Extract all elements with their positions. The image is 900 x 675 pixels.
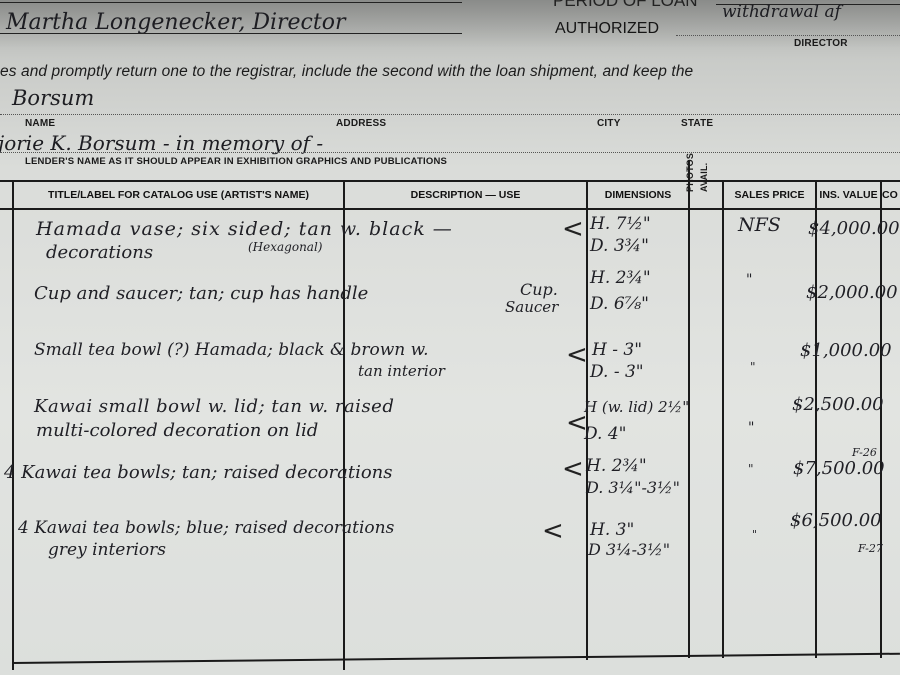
row6-ins-value: $6,500.00	[790, 510, 882, 531]
brace-icon: <	[566, 340, 588, 370]
col-header-ins-value: INS. VALUE	[817, 185, 880, 205]
row4-title: Kawai small bowl w. lid; tan w. raised	[34, 396, 394, 417]
col-header-description: DESCRIPTION — USE	[345, 185, 586, 205]
row2-ins-value: $2,000.00	[806, 282, 898, 303]
col-border-title	[343, 180, 345, 670]
credit-label: LENDER'S NAME AS IT SHOULD APPEAR IN EXH…	[25, 156, 447, 167]
row5-note: F-26	[852, 446, 877, 459]
row2-dim-h: H. 2¾"	[590, 268, 651, 288]
row3-ins-value: $1,000.00	[800, 340, 892, 361]
city-label: CITY	[597, 118, 621, 129]
row3-title-cont: tan interior	[358, 362, 445, 380]
col-border-sales	[815, 180, 817, 658]
brace-icon: <	[562, 214, 584, 244]
table-top-border	[0, 180, 900, 182]
row1-title: Hamada vase; six sided; tan w. black —	[36, 218, 453, 240]
col-header-dimensions: DIMENSIONS	[588, 185, 688, 205]
row4-title-cont: multi-colored decoration on lid	[36, 420, 318, 441]
row1-note: (Hexagonal)	[248, 240, 322, 254]
authorized-label: AUTHORIZED	[555, 20, 659, 38]
row3-title: Small tea bowl (?) Hamada; black & brown…	[34, 340, 429, 360]
brace-icon: <	[562, 454, 584, 484]
row5-title: 4 Kawai tea bowls; tan; raised decoratio…	[4, 462, 393, 483]
row3-sales-price: "	[750, 360, 756, 374]
signature-rule	[0, 33, 462, 34]
row3-dim-d: D. - 3"	[590, 362, 644, 382]
row6-sales-price: "	[752, 528, 757, 541]
row6-title-cont: grey interiors	[48, 540, 166, 560]
name-line	[0, 114, 900, 115]
col-border-photos	[722, 180, 724, 658]
director-label: DIRECTOR	[794, 38, 848, 49]
row3-dim-h: H - 3"	[592, 340, 642, 360]
row1-dim-h: H. 7½"	[590, 214, 651, 234]
loan-form-page: Martha Longenecker, Director PERIOD OF L…	[0, 0, 900, 675]
row6-dim-h: H. 3"	[590, 520, 634, 540]
authorized-line	[676, 35, 900, 36]
row6-title: 4 Kawai tea bowls; blue; raised decorati…	[18, 518, 394, 538]
credit-line	[0, 152, 900, 153]
col-header-title: TITLE/LABEL FOR CATALOG USE (ARTIST'S NA…	[14, 185, 343, 205]
address-label: ADDRESS	[336, 118, 386, 129]
row2-title: Cup and saucer; tan; cup has handle	[34, 283, 368, 304]
row2-desc-cup: Cup.	[520, 280, 558, 299]
row6-note: F-27	[858, 542, 883, 555]
row4-ins-value: $2,500.00	[792, 394, 884, 415]
director-signature: Martha Longenecker, Director	[6, 10, 346, 35]
brace-icon: <	[542, 516, 564, 546]
row1-ins-value: $4,000.00	[808, 218, 900, 239]
lender-name-value: Borsum	[12, 86, 94, 110]
row5-dim-h: H. 2¾"	[586, 456, 647, 476]
col-header-photos: PHOTOS	[685, 153, 695, 192]
col-border-ins	[880, 180, 882, 658]
col-border-left	[12, 180, 14, 670]
row2-sales-price: "	[746, 272, 752, 288]
row5-dim-d: D. 3¼"-3½"	[586, 478, 680, 497]
instructions-text: es and promptly return one to the regist…	[0, 63, 693, 81]
row1-title-cont: decorations	[46, 242, 153, 263]
row5-ins-value: $7,500.00	[793, 458, 885, 479]
table-bottom-border	[12, 653, 900, 664]
row2-desc-saucer: Saucer	[505, 298, 558, 316]
table-header-border	[0, 208, 900, 210]
row4-dim-d: D. 4"	[584, 424, 626, 444]
state-label: STATE	[681, 118, 713, 129]
row4-sales-price: "	[748, 420, 754, 436]
row1-dim-d: D. 3¾"	[590, 236, 649, 256]
period-of-loan-value: withdrawal af	[722, 2, 841, 22]
row5-sales-price: "	[748, 462, 754, 476]
col-header-avail: AVAIL.	[699, 163, 709, 192]
name-label: NAME	[25, 118, 55, 129]
period-of-loan-label: PERIOD OF LOAN	[553, 0, 698, 11]
top-rule	[0, 2, 462, 3]
row1-sales-price: NFS	[738, 214, 781, 236]
row6-dim-d: D 3¼-3½"	[588, 540, 670, 559]
col-header-condition: CO	[882, 185, 900, 205]
row2-dim-d: D. 6⅞"	[590, 294, 649, 314]
col-header-sales-price: SALES PRICE	[724, 185, 815, 205]
row4-dim-h: H (w. lid) 2½"	[584, 398, 689, 416]
